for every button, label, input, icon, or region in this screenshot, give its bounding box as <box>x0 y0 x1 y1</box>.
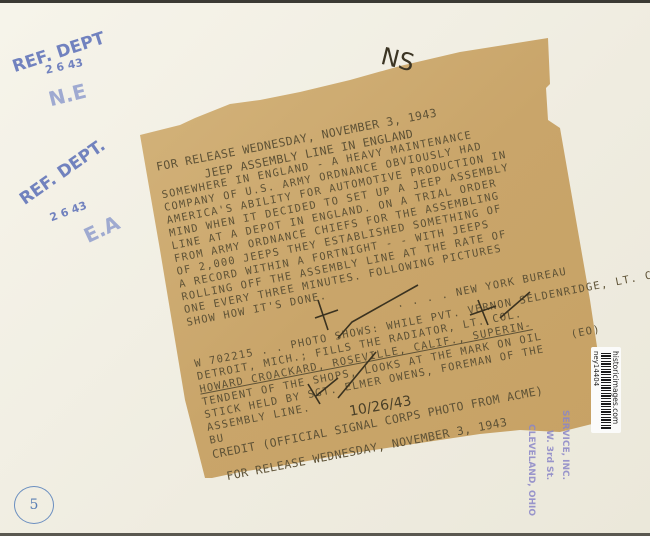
agency-address-stamp: CLEVELAND, OHIO <box>526 424 536 516</box>
circled-number: 5 <box>14 486 54 524</box>
barcode-icon <box>601 353 611 429</box>
check-mark-icon <box>338 285 418 338</box>
x-mark-icon <box>308 378 338 404</box>
check-mark-icon <box>338 352 376 398</box>
x-mark-icon <box>470 300 496 325</box>
check-mark-icon <box>500 292 530 318</box>
barcode-site-text: historicimages.com <box>611 351 620 424</box>
agency-address-stamp: W. 3rd St. <box>544 430 554 480</box>
x-mark-icon <box>315 300 338 330</box>
barcode-label: historicimages.com ney14404 <box>591 347 621 433</box>
barcode-code-text: ney14404 <box>592 351 600 386</box>
agency-address-stamp: SERVICE, INC. <box>560 410 570 480</box>
